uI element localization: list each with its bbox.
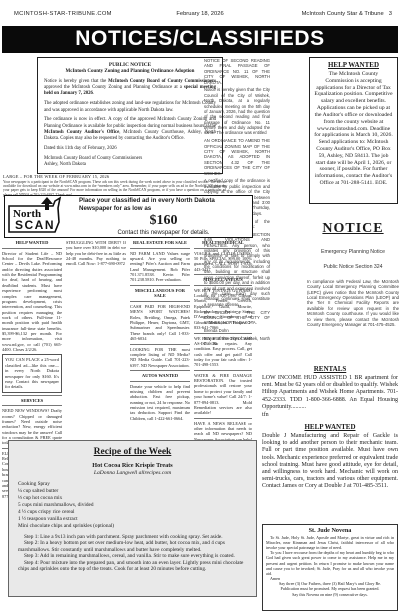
ordinance-paragraph: NOTICE OF SECOND READING AND FINAL PASSA… xyxy=(204,58,270,85)
emergency-notice-subtitle: Emergency Planning Notice xyxy=(307,249,399,255)
recipe-of-the-week-box: Recipe of the Week Hot Cocoa Rice Krispi… xyxy=(8,440,257,597)
recipe-step: Step 3: Add in remaining marshmallows, c… xyxy=(18,553,247,559)
notice-text-segment: Ashley, North Dakota xyxy=(44,162,86,167)
ingredient-item: ⅓ cup hot cocoa mix xyxy=(18,495,247,502)
recipe-steps: Step 1: Line a 9x13 inch pan with parchm… xyxy=(18,534,247,573)
page-number: 3 xyxy=(389,11,392,17)
st-jude-body: To St. Jude, Holy St. Jude, Apostle and … xyxy=(266,535,394,597)
northscan-price: $160 xyxy=(79,213,248,229)
newspaper-page: MCINTOSH-STAR-TRIBUNE.COM February 18, 2… xyxy=(0,0,400,614)
novena-instruction-line: Publication must be promised. My request… xyxy=(266,586,394,591)
rentals-section: RENTALS LOW INCOME HUD ASSISTED 1 BR apa… xyxy=(262,365,398,418)
notice-text-segment: The adopted ordinance establishes zoning… xyxy=(44,101,216,112)
ingredient-item: 4 ½ cups crispy rice cereal xyxy=(18,509,247,516)
classified-ad: YOU CAN PLACE a 25-word classified ad—li… xyxy=(2,354,62,392)
public-notice-subtitle: McIntosh County Zoning and Planning Ordi… xyxy=(44,69,216,75)
northscan-contact: Contact this newspaper for details. xyxy=(79,230,248,236)
classified-ad: WE BUY HOUSES FOR CASH AS-IS! No repairs… xyxy=(194,333,252,368)
recipe-ingredient-list: Cooking Spray¼ cup salted butter⅓ cup ho… xyxy=(18,481,247,530)
notice-paragraph: Ashley, North Dakota xyxy=(44,162,216,168)
recipe-dish-name: Hot Cocoa Rice Krispie Treats xyxy=(18,462,247,469)
notice-text-segment: Notice is hereby given that the xyxy=(44,79,108,84)
classified-ad: WATER & FIRE DAMAGE RESTORATION. Our tru… xyxy=(194,370,252,416)
up-arrow-icon xyxy=(41,197,53,204)
public-notice-body: Notice is hereby given that the McIntosh… xyxy=(44,79,216,169)
double-j-help-wanted: HELP WANTED Double J Manufacturing and R… xyxy=(262,423,398,491)
northscan-week-line: LARGE – FOR THE WEEK OF FEBRUARY 15, 202… xyxy=(3,174,227,179)
classified-ad: Donate your vehicle to help find missing… xyxy=(130,381,190,422)
rentals-tfn: tfn xyxy=(262,412,398,418)
novena-paragraph: To St. Jude, Holy St. Jude, Apostle and … xyxy=(266,535,394,550)
northscan-logo: North SCAN xyxy=(5,196,77,237)
emergency-notice-title: NOTICE xyxy=(307,221,399,237)
recipe-attribution: LaDonna Langwell allrecipes.com xyxy=(18,470,247,476)
public-notice-title: PUBLIC NOTICE xyxy=(44,62,216,69)
classified-ad: STRUGGLING WITH DEBT? If you have over $… xyxy=(66,240,126,267)
up-arrow-stem-icon xyxy=(45,204,49,210)
notice-paragraph: Dated this 11th day of February, 2026 xyxy=(44,146,216,152)
ordinance-paragraph: AN ORDINANCE TO AMEND THE OFFICIAL ZONIN… xyxy=(204,138,270,176)
classified-ad: VIAGRA and CIALIS USERS! 50 Pills SPECIA… xyxy=(194,248,252,272)
classified-ad: Director of Student Life – ND School for… xyxy=(2,248,62,353)
rentals-header: RENTALS xyxy=(262,365,398,373)
emergency-notice-body: In compliance with Federal Law, the McIn… xyxy=(307,279,399,327)
category-header: MISCELLANEOUS xyxy=(194,274,252,283)
ingredient-item: Cooking Spray xyxy=(18,481,247,488)
masthead-paper-name: McIntosh County Star & Tribune3 xyxy=(302,11,392,17)
classified-ad: ND FARM LAND Values surge upward. Are yo… xyxy=(130,248,190,283)
notices-classifieds-banner: NOTICES/CLASSIFIEDS xyxy=(2,26,398,53)
notice-text-segment: McIntosh County Board of County Commissi… xyxy=(44,156,142,161)
rentals-ad: LOW INCOME HUD ASSISTED 1 BR apartment f… xyxy=(262,375,398,411)
category-header: HELP WANTED xyxy=(2,240,62,246)
northscan-pitch-area: Place your classified ad in every North … xyxy=(77,195,252,237)
ingredient-item: 1 ½ teaspoon vanilla extract xyxy=(18,516,247,523)
novena-instruction-line: Say this Novena on nine (9) consecutive … xyxy=(266,592,394,597)
category-header: MISCELLANEOUS FOR SALE xyxy=(130,285,190,299)
notice-text-segment: approved the McIntosh County Zoning and … xyxy=(44,85,184,90)
ingredient-item: ¼ cup salted butter xyxy=(18,488,247,495)
double-j-header: HELP WANTED xyxy=(262,423,398,431)
st-jude-novena-box: St. Jude Novena To St. Jude, Holy St. Ju… xyxy=(262,524,398,611)
category-header: HEALTH/MEDICAL xyxy=(194,240,252,246)
double-j-ad: Double J Manufacturing and Repair of Gac… xyxy=(262,433,398,491)
masthead: MCINTOSH-STAR-TRIBUNE.COM February 18, 2… xyxy=(0,11,400,21)
classified-ad: WE BUY VINTAGE GUITARS! Looking for 1920… xyxy=(194,285,252,331)
classified-column-4: HEALTH/MEDICALVIAGRA and CIALIS USERS! 5… xyxy=(194,240,252,453)
classified-column-3: REAL ESTATE FOR SALEND FARM LAND Values … xyxy=(130,240,190,421)
novena-paragraph: To you I have recourse from the depths o… xyxy=(266,550,394,576)
help-wanted-title: HELP WANTED xyxy=(314,61,393,69)
category-header: REAL ESTATE FOR SALE xyxy=(130,240,190,246)
notice-text-segment: McIntosh County Auditor's Office xyxy=(44,130,119,135)
help-wanted-body: The McIntosh County Commission is accept… xyxy=(314,71,393,187)
ingredient-item: 5 cups mini marshmallows, divided xyxy=(18,502,247,509)
notice-text-segment: McIntosh County Board of County Commissi… xyxy=(108,79,216,84)
notice-paragraph: Notice is hereby given that the McIntosh… xyxy=(44,79,216,98)
classified-column-2: STRUGGLING WITH DEBT? If you have over $… xyxy=(66,240,126,267)
recipe-step: Step 4: Pour mixture into the prepared p… xyxy=(18,560,247,573)
northscan-week-note: LARGE – FOR THE WEEK OF FEBRUARY 15, 202… xyxy=(3,174,227,197)
recipe-title: Recipe of the Week xyxy=(18,447,247,457)
notice-paragraph: The ordinance is now in effect. A copy o… xyxy=(44,117,216,142)
logo-word-scan: SCAN xyxy=(15,218,55,232)
category-header: SERVICES xyxy=(2,395,62,404)
public-notice-box: PUBLIC NOTICE McIntosh County Zoning and… xyxy=(37,57,223,174)
classified-ad: CASH PAID FOR HIGH-END MEN'S SPORT WATCH… xyxy=(130,301,190,342)
notice-text-segment: . xyxy=(93,91,94,96)
category-header: AUTOS WANTED xyxy=(130,370,190,379)
notice-paragraph: The adopted ordinance establishes zoning… xyxy=(44,101,216,114)
recipe-step: Step 2: In a heavy bottom pot set over m… xyxy=(18,540,247,553)
notice-text-segment: Dated this 11th day of February, 2026 xyxy=(44,146,117,151)
classified-ad: LOOKING FOR THE most complete listing of… xyxy=(130,344,190,368)
ordinance-paragraph: Notice is hereby given that the City Cou… xyxy=(204,87,270,135)
help-wanted-notice-box: HELP WANTED The McIntosh County Commissi… xyxy=(309,57,398,204)
ingredient-item: Mini chocolate chips and sprinkles (opti… xyxy=(18,523,247,530)
notice-text-segment: The ordinance is now in effect. A copy o… xyxy=(44,117,216,128)
northscan-banner: North SCAN Place your classified ad in e… xyxy=(4,195,253,238)
emergency-notice-section: Public Notice Section 324 xyxy=(307,264,399,270)
northscan-pitch: Place your classified ad in every North … xyxy=(79,197,248,211)
st-jude-title: St. Jude Novena xyxy=(266,527,394,534)
emergency-planning-notice: NOTICE Emergency Planning Notice Public … xyxy=(307,221,399,327)
